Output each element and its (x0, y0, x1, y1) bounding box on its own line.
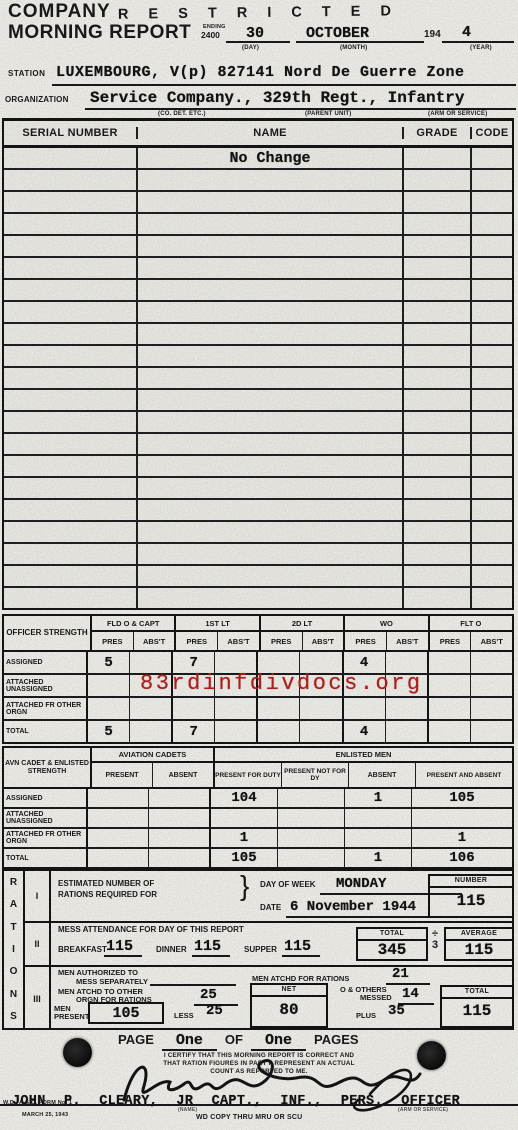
roster-empty-row (4, 500, 512, 522)
strength-cell: 7 (171, 652, 214, 673)
strength-cell (129, 698, 171, 719)
row-label: ATTACHED UNASSIGNED (4, 675, 88, 696)
day-of-week-label: DAY OF WEEK (260, 880, 316, 889)
pages-label: PAGES (314, 1032, 359, 1047)
copy-note: WD COPY THRU MRU OR SCU (196, 1114, 302, 1121)
officer-row-assigned: ASSIGNED574 (4, 652, 512, 673)
group-wo: WO (343, 616, 427, 630)
strength-cell: 5 (88, 652, 129, 673)
supper-value: 115 (284, 938, 311, 955)
strength-cell (171, 698, 214, 719)
col-present-not-for-dy: PRESENT NOT FOR DY (281, 763, 348, 787)
strength-cell (277, 829, 344, 847)
average-label: AVERAGE (446, 929, 512, 941)
year-underline (442, 41, 514, 43)
average-value: 115 (446, 941, 512, 958)
atchd-for-rations-value: 21 (392, 966, 409, 982)
rations-numerals: I II III (25, 871, 51, 1028)
strength-cell (385, 652, 427, 673)
strength-cell: 4 (342, 721, 385, 742)
less-value: 25 (206, 1003, 223, 1019)
strength-cell (385, 721, 427, 742)
men-authorized-line1: MEN AUTHORIZED TO (58, 968, 138, 977)
strength-cell (256, 652, 299, 673)
roster-empty-row (4, 258, 512, 280)
organization-sub-label-2: (PARENT UNIT) (305, 111, 351, 117)
roster-empty-row (4, 478, 512, 500)
group-flt-o: FLT O (428, 616, 512, 630)
supper-label: SUPPER (244, 945, 277, 954)
strength-cell (277, 809, 344, 827)
row-label: TOTAL (4, 849, 88, 867)
strength-cell (411, 809, 512, 827)
rations-total-label: TOTAL (442, 987, 512, 999)
roster-empty-row (4, 368, 512, 390)
officer-subcol: ABS'T (386, 632, 428, 650)
watermark-text: 83rdinfdivdocs.org (140, 671, 423, 696)
day-value: 30 (246, 25, 264, 42)
strength-cell (214, 698, 256, 719)
officer-subcol: ABS'T (217, 632, 259, 650)
year-printed: 194 (424, 29, 441, 40)
organization-value: Service Company., 329th Regt., Infantry (90, 89, 464, 107)
year-label: (YEAR) (470, 45, 492, 51)
form-title-morning-report: MORNING REPORT (8, 22, 191, 44)
dinner-label: DINNER (156, 945, 187, 954)
roster-empty-row (4, 522, 512, 544)
roster-col-grade: GRADE (402, 127, 470, 139)
numeral-I: I (25, 871, 49, 921)
enlisted-row-attached-unassigned: ATTACHED UNASSIGNED (4, 807, 512, 827)
strength-cell (299, 652, 341, 673)
strength-cell (88, 809, 148, 827)
divide-by: 3 (432, 940, 438, 951)
of-label: OF (225, 1032, 243, 1047)
officer-subcol: PRES (259, 632, 302, 650)
dinner-value: 115 (194, 938, 221, 955)
strength-cell: 1 (411, 829, 512, 847)
roster-empty-row (4, 214, 512, 236)
row-label: ATTACHED UNASSIGNED (4, 809, 88, 827)
strength-cell (88, 829, 148, 847)
col-av-absent: ABSENT (152, 763, 213, 787)
row-label: TOTAL (4, 721, 88, 742)
others-messed-value: 14 (402, 986, 419, 1002)
date-label: DATE (260, 903, 281, 912)
strength-cell: 1 (344, 789, 411, 807)
roster-header: SERIAL NUMBER NAME GRADE CODE (4, 121, 512, 148)
group-aviation-cadets: AVIATION CADETS (92, 748, 213, 761)
enlisted-row-assigned: ASSIGNED1041105 (4, 789, 512, 807)
mess-total-box: TOTAL 345 (356, 927, 428, 961)
station-underline (52, 84, 516, 86)
strength-cell: 4 (342, 652, 385, 673)
rations-side-letter: S (10, 1011, 17, 1022)
roster-empty-row (4, 280, 512, 302)
roster-row-no-change: No Change (4, 148, 512, 170)
roster-empty-row (4, 588, 512, 608)
roster-empty-row (4, 302, 512, 324)
officer-subcol: PRES (343, 632, 386, 650)
roster-empty-row (4, 346, 512, 368)
strength-cell (148, 829, 209, 847)
strength-cell: 7 (171, 721, 214, 742)
signature (118, 1050, 428, 1112)
plus-value: 35 (388, 1003, 405, 1019)
roster-empty-row (4, 390, 512, 412)
officer-subcol: ABS'T (133, 632, 175, 650)
rations-side-letter: R (10, 877, 17, 888)
net-value: 80 (252, 997, 326, 1023)
strength-cell (148, 849, 209, 867)
roster-empty-rows (4, 170, 512, 608)
roster-col-name: NAME (136, 127, 402, 139)
strength-cell (256, 721, 299, 742)
station-label: STATION (8, 69, 45, 78)
rations-side-letter: A (10, 899, 17, 910)
numeral-II: II (25, 921, 49, 965)
form-id-line1: W.D., A.G.O. FORM No. 1 (3, 1100, 72, 1106)
officer-row-attached-fr-other-orgn: ATTACHED FR OTHER ORGN (4, 696, 512, 719)
strength-cell (277, 849, 344, 867)
est-rations-line2: RATIONS REQUIRED FOR (58, 890, 157, 899)
roster-entry-no-change: No Change (136, 148, 402, 168)
month-label: (MONTH) (340, 45, 367, 51)
less-label: LESS (174, 1011, 194, 1020)
strength-cell: 1 (209, 829, 277, 847)
strength-cell (88, 698, 129, 719)
numeral-III: III (25, 965, 49, 1030)
form-title-company: COMPANY (8, 1, 111, 23)
organization-underline (85, 108, 516, 110)
strength-cell (427, 652, 470, 673)
strength-cell (299, 698, 341, 719)
strength-cell (385, 698, 427, 719)
month-value: OCTOBER (306, 25, 369, 42)
group-fld-o-capt: FLD O & CAPT (92, 616, 174, 630)
officer-subcol: PRES (174, 632, 217, 650)
strength-cell: 105 (411, 789, 512, 807)
group-2d-lt: 2D LT (259, 616, 343, 630)
enlisted-strength-rows: ASSIGNED1041105ATTACHED UNASSIGNEDATTACH… (4, 789, 512, 867)
est-rations-line1: ESTIMATED NUMBER OF (58, 879, 154, 888)
strength-cell (148, 809, 209, 827)
strength-cell: 106 (411, 849, 512, 867)
strength-cell (299, 721, 341, 742)
number-box: NUMBER 115 (428, 874, 514, 918)
page-label: PAGE (118, 1032, 154, 1047)
row-label: ATTACHED FR OTHER ORGN (4, 829, 88, 847)
strength-cell (214, 652, 256, 673)
officer-subcol: PRES (92, 632, 133, 650)
organization-sub-label-1: (CO. DET. ETC.) (158, 111, 206, 117)
rations-side-letter: I (12, 944, 15, 955)
men-authorized-line2: MESS SEPARATELY (76, 977, 148, 986)
row-label: ATTACHED FR OTHER ORGN (4, 698, 88, 719)
row-label: ASSIGNED (4, 652, 88, 673)
form-id-line2: MARCH 25, 1943 (22, 1112, 68, 1118)
strength-cell (129, 652, 171, 673)
col-av-present: PRESENT (92, 763, 152, 787)
strength-cell: 5 (88, 721, 129, 742)
mess-total-value: 345 (358, 941, 426, 958)
restricted-stamp: R E S T R I C T E D (118, 3, 399, 22)
officer-strength-rows: ASSIGNED574ATTACHED UNASSIGNEDATTACHED F… (4, 652, 512, 742)
strength-cell (214, 721, 256, 742)
enlisted-row-attached-fr-other-orgn: ATTACHED FR OTHER ORGN11 (4, 827, 512, 847)
strength-cell (427, 698, 470, 719)
page-value: One (162, 1032, 217, 1051)
strength-cell (88, 849, 148, 867)
strength-cell (470, 721, 512, 742)
roster-empty-row (4, 544, 512, 566)
rations-side-letter: T (10, 922, 16, 933)
strength-cell: 105 (209, 849, 277, 867)
rations-side-letter: O (10, 966, 18, 977)
strength-cell (256, 698, 299, 719)
punch-hole-left (63, 1038, 92, 1067)
officer-subheader: PRESABS'TPRESABS'TPRESABS'TPRESABS'TPRES… (92, 632, 512, 650)
col-present-and-absent: PRESENT AND ABSENT (415, 763, 512, 787)
year-value: 4 (462, 24, 471, 41)
number-box-label: NUMBER (430, 876, 512, 888)
rations-total-value: 115 (442, 999, 512, 1023)
organization-sub-label-3: (ARM OR SERVICE) (428, 111, 487, 117)
officer-subcol: ABS'T (302, 632, 344, 650)
strength-cell (209, 809, 277, 827)
officer-subcol: ABS'T (470, 632, 512, 650)
strength-cell (427, 675, 470, 696)
breakfast-value: 115 (106, 938, 133, 955)
date-value: 6 November 1944 (290, 899, 416, 915)
roster-empty-row (4, 456, 512, 478)
roster-col-code: CODE (470, 127, 512, 139)
group-enlisted-men: ENLISTED MEN (213, 748, 512, 761)
enlisted-row-total: TOTAL1051106 (4, 847, 512, 867)
atchd-other-value: 25 (200, 987, 217, 1003)
strength-cell (129, 721, 171, 742)
others-messed-line2: MESSED (360, 993, 392, 1002)
strength-cell (470, 675, 512, 696)
rations-section: RATIONS I II III ESTIMATED NUMBER OF RAT… (2, 869, 514, 1030)
strength-cell: 104 (209, 789, 277, 807)
net-box: NET 80 (250, 983, 328, 1028)
strength-cell (470, 652, 512, 673)
roster-empty-row (4, 324, 512, 346)
breakfast-label: BREAKFAST (58, 945, 107, 954)
number-box-value: 115 (430, 888, 512, 914)
strength-cell (277, 789, 344, 807)
officer-strength-title: OFFICER STRENGTH (4, 616, 92, 650)
roster-empty-row (4, 412, 512, 434)
strength-cell (148, 789, 209, 807)
day-label: (DAY) (242, 45, 259, 51)
brace: } (240, 870, 249, 902)
col-present-for-duty: PRESENT FOR DUTY (213, 763, 281, 787)
strength-cell (88, 675, 129, 696)
net-label: NET (252, 985, 326, 997)
strength-cell (88, 789, 148, 807)
strength-cell: 1 (344, 849, 411, 867)
col-absent: ABSENT (348, 763, 415, 787)
roster-empty-row (4, 566, 512, 588)
organization-label: ORGANIZATION (5, 95, 69, 104)
roster-empty-row (4, 192, 512, 214)
rations-total-box: TOTAL 115 (440, 985, 514, 1028)
atchd-for-rations-label: MEN ATCHD FOR RATIONS (252, 974, 349, 983)
roster-empty-row (4, 236, 512, 258)
average-box: AVERAGE 115 (444, 927, 514, 961)
men-present-line2: PRESENT (54, 1012, 89, 1021)
row-label: ASSIGNED (4, 789, 88, 807)
men-present-value: 105 (90, 1004, 162, 1022)
roster-col-serial-number: SERIAL NUMBER (4, 127, 136, 139)
strength-cell (427, 721, 470, 742)
rations-side-label: RATIONS (4, 871, 25, 1028)
officer-row-total: TOTAL574 (4, 719, 512, 742)
strength-cell (344, 829, 411, 847)
roster-empty-row (4, 434, 512, 456)
enlisted-strength-table: AVN CADET & ENLISTED STRENGTH AVIATION C… (2, 746, 514, 869)
mess-total-label: TOTAL (358, 929, 426, 941)
ending-time: 2400 (201, 30, 220, 40)
strength-cell (342, 698, 385, 719)
station-value: LUXEMBOURG, V(p) 827141 Nord De Guerre Z… (56, 64, 465, 81)
day-of-week-value: MONDAY (336, 876, 386, 892)
morning-report-scan: COMPANY MORNING REPORT R E S T R I C T E… (0, 0, 518, 1130)
roster-empty-row (4, 170, 512, 192)
strength-cell (344, 809, 411, 827)
pages-value: One (251, 1032, 306, 1051)
mess-attendance-heading: MESS ATTENDANCE FOR DAY OF THIS REPORT (58, 925, 244, 934)
page-line: PAGE One OF One PAGES (118, 1032, 359, 1051)
strength-cell (470, 698, 512, 719)
officer-subcol: PRES (428, 632, 471, 650)
enlisted-strength-title: AVN CADET & ENLISTED STRENGTH (4, 748, 92, 787)
men-present-box: 105 (88, 1002, 164, 1024)
group-1st-lt: 1ST LT (174, 616, 258, 630)
plus-label: PLUS (356, 1011, 376, 1020)
roster-table: SERIAL NUMBER NAME GRADE CODE No Change (2, 118, 514, 610)
rations-side-letter: N (10, 989, 17, 1000)
